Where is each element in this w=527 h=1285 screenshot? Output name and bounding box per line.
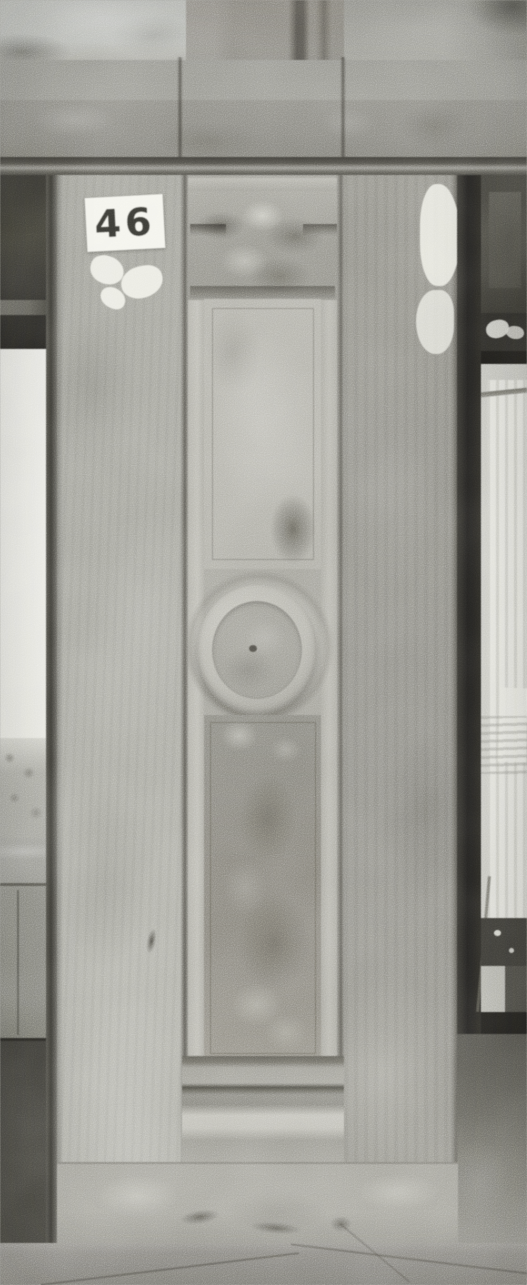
photo-frame: 46 <box>0 0 527 1285</box>
photo-scene: 46 <box>0 0 527 1285</box>
photo-vignette <box>0 0 527 1285</box>
